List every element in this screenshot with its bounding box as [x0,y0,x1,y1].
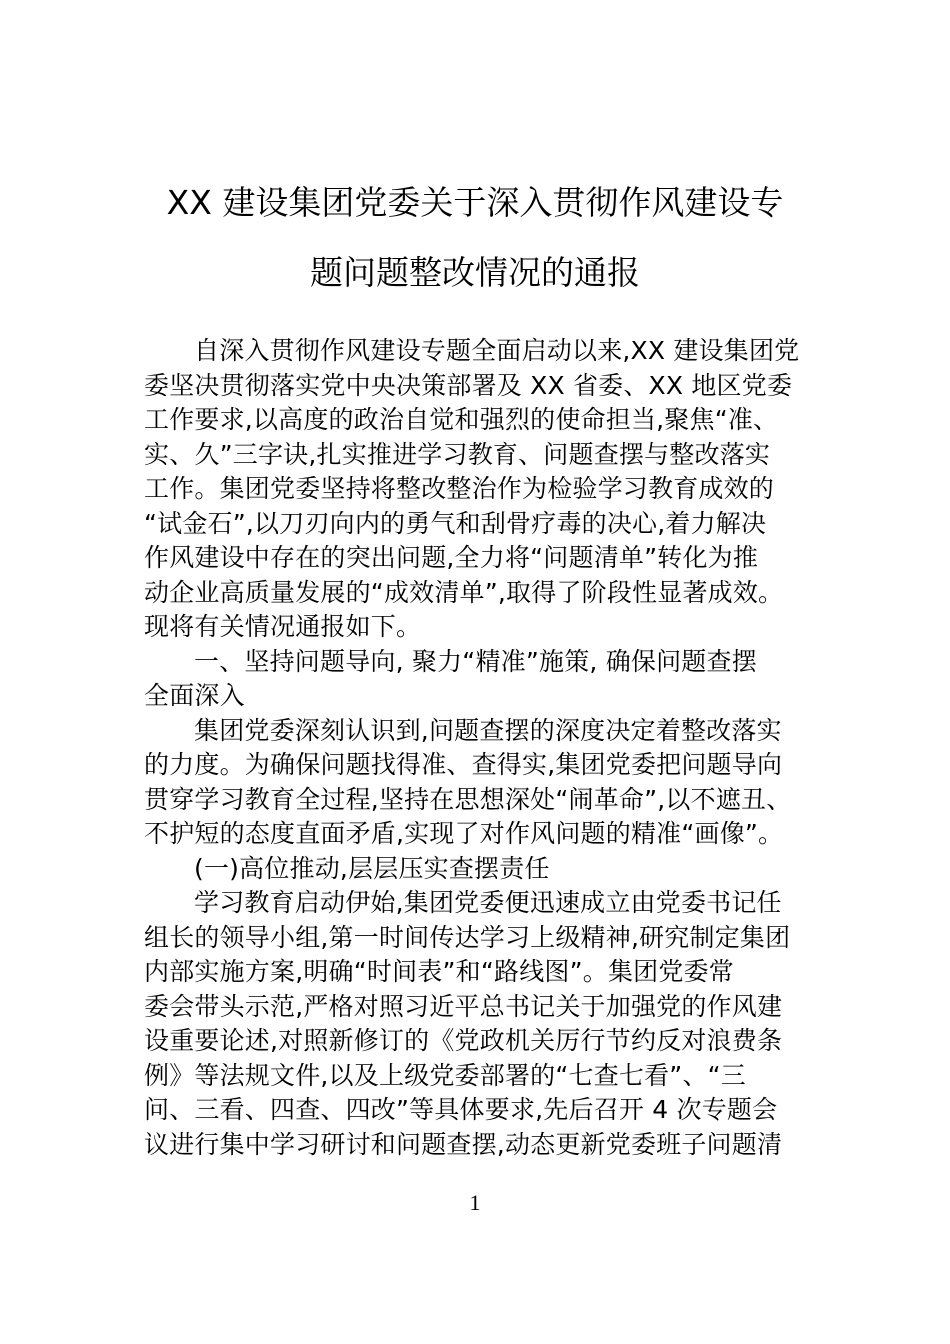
body-line: 设重要论述,对照新修订的《党政机关厉行节约反对浪费条 [144,1024,814,1059]
body-line: 不护短的态度直面矛盾,实现了对作风问题的精准“画像”。 [144,817,814,852]
body-line: 集团党委深刻认识到,问题查摆的深度决定着整改落实 [144,714,814,749]
body-line: 例》等法规文件,以及上级党委部署的“七查七看”、“三 [144,1059,814,1094]
body-line: “试金石”,以刀刃向内的勇气和刮骨疗毒的决心,着力解决 [144,507,814,542]
body-line: 自深入贯彻作风建设专题全面启动以来,XX 建设集团党 [144,334,814,369]
body-line: 的力度。为确保问题找得准、查得实,集团党委把问题导向 [144,748,814,783]
page-number: 1 [0,1188,950,1218]
body-line: 问、三看、四查、四改”等具体要求,先后召开 4 次专题会 [144,1093,814,1128]
body-line: 学习教育启动伊始,集团党委便迅速成立由党委书记任 [144,886,814,921]
body-line: (一)高位推动,层层压实查摆责任 [144,852,814,887]
body-line: 一、坚持问题导向, 聚力“精准”施策, 确保问题查摆 [144,645,814,680]
body-line: 工作要求,以高度的政治自觉和强烈的使命担当,聚焦“准、 [144,403,814,438]
body-line: 内部实施方案,明确“时间表”和“路线图”。集团党委常 [144,955,814,990]
document-page: XX 建设集团党委关于深入贯彻作风建设专 题问题整改情况的通报 自深入贯彻作风建… [0,0,950,1344]
body-line: 全面深入 [144,679,814,714]
body-line: 委会带头示范,严格对照习近平总书记关于加强党的作风建 [144,990,814,1025]
body-line: 议进行集中学习研讨和问题查摆,动态更新党委班子问题清 [144,1128,814,1163]
body-line: 贯穿学习教育全过程,坚持在思想深处“闹革命”,以不遮丑、 [144,783,814,818]
body-line: 实、久”三字诀,扎实推进学习教育、问题查摆与整改落实 [144,438,814,473]
document-title: XX 建设集团党委关于深入贯彻作风建设专 题问题整改情况的通报 [140,168,810,308]
document-body: 自深入贯彻作风建设专题全面启动以来,XX 建设集团党委坚决贯彻落实党中央决策部署… [144,334,814,1162]
body-line: 组长的领导小组,第一时间传达学习上级精神,研究制定集团 [144,921,814,956]
body-line: 动企业高质量发展的“成效清单”,取得了阶段性显著成效。 [144,576,814,611]
title-line-1: XX 建设集团党委关于深入贯彻作风建设专 [140,168,810,238]
body-line: 作风建设中存在的突出问题,全力将“问题清单”转化为推 [144,541,814,576]
body-line: 现将有关情况通报如下。 [144,610,814,645]
body-line: 工作。集团党委坚持将整改整治作为检验学习教育成效的 [144,472,814,507]
body-line: 委坚决贯彻落实党中央决策部署及 XX 省委、XX 地区党委 [144,369,814,404]
title-line-2: 题问题整改情况的通报 [140,238,810,308]
